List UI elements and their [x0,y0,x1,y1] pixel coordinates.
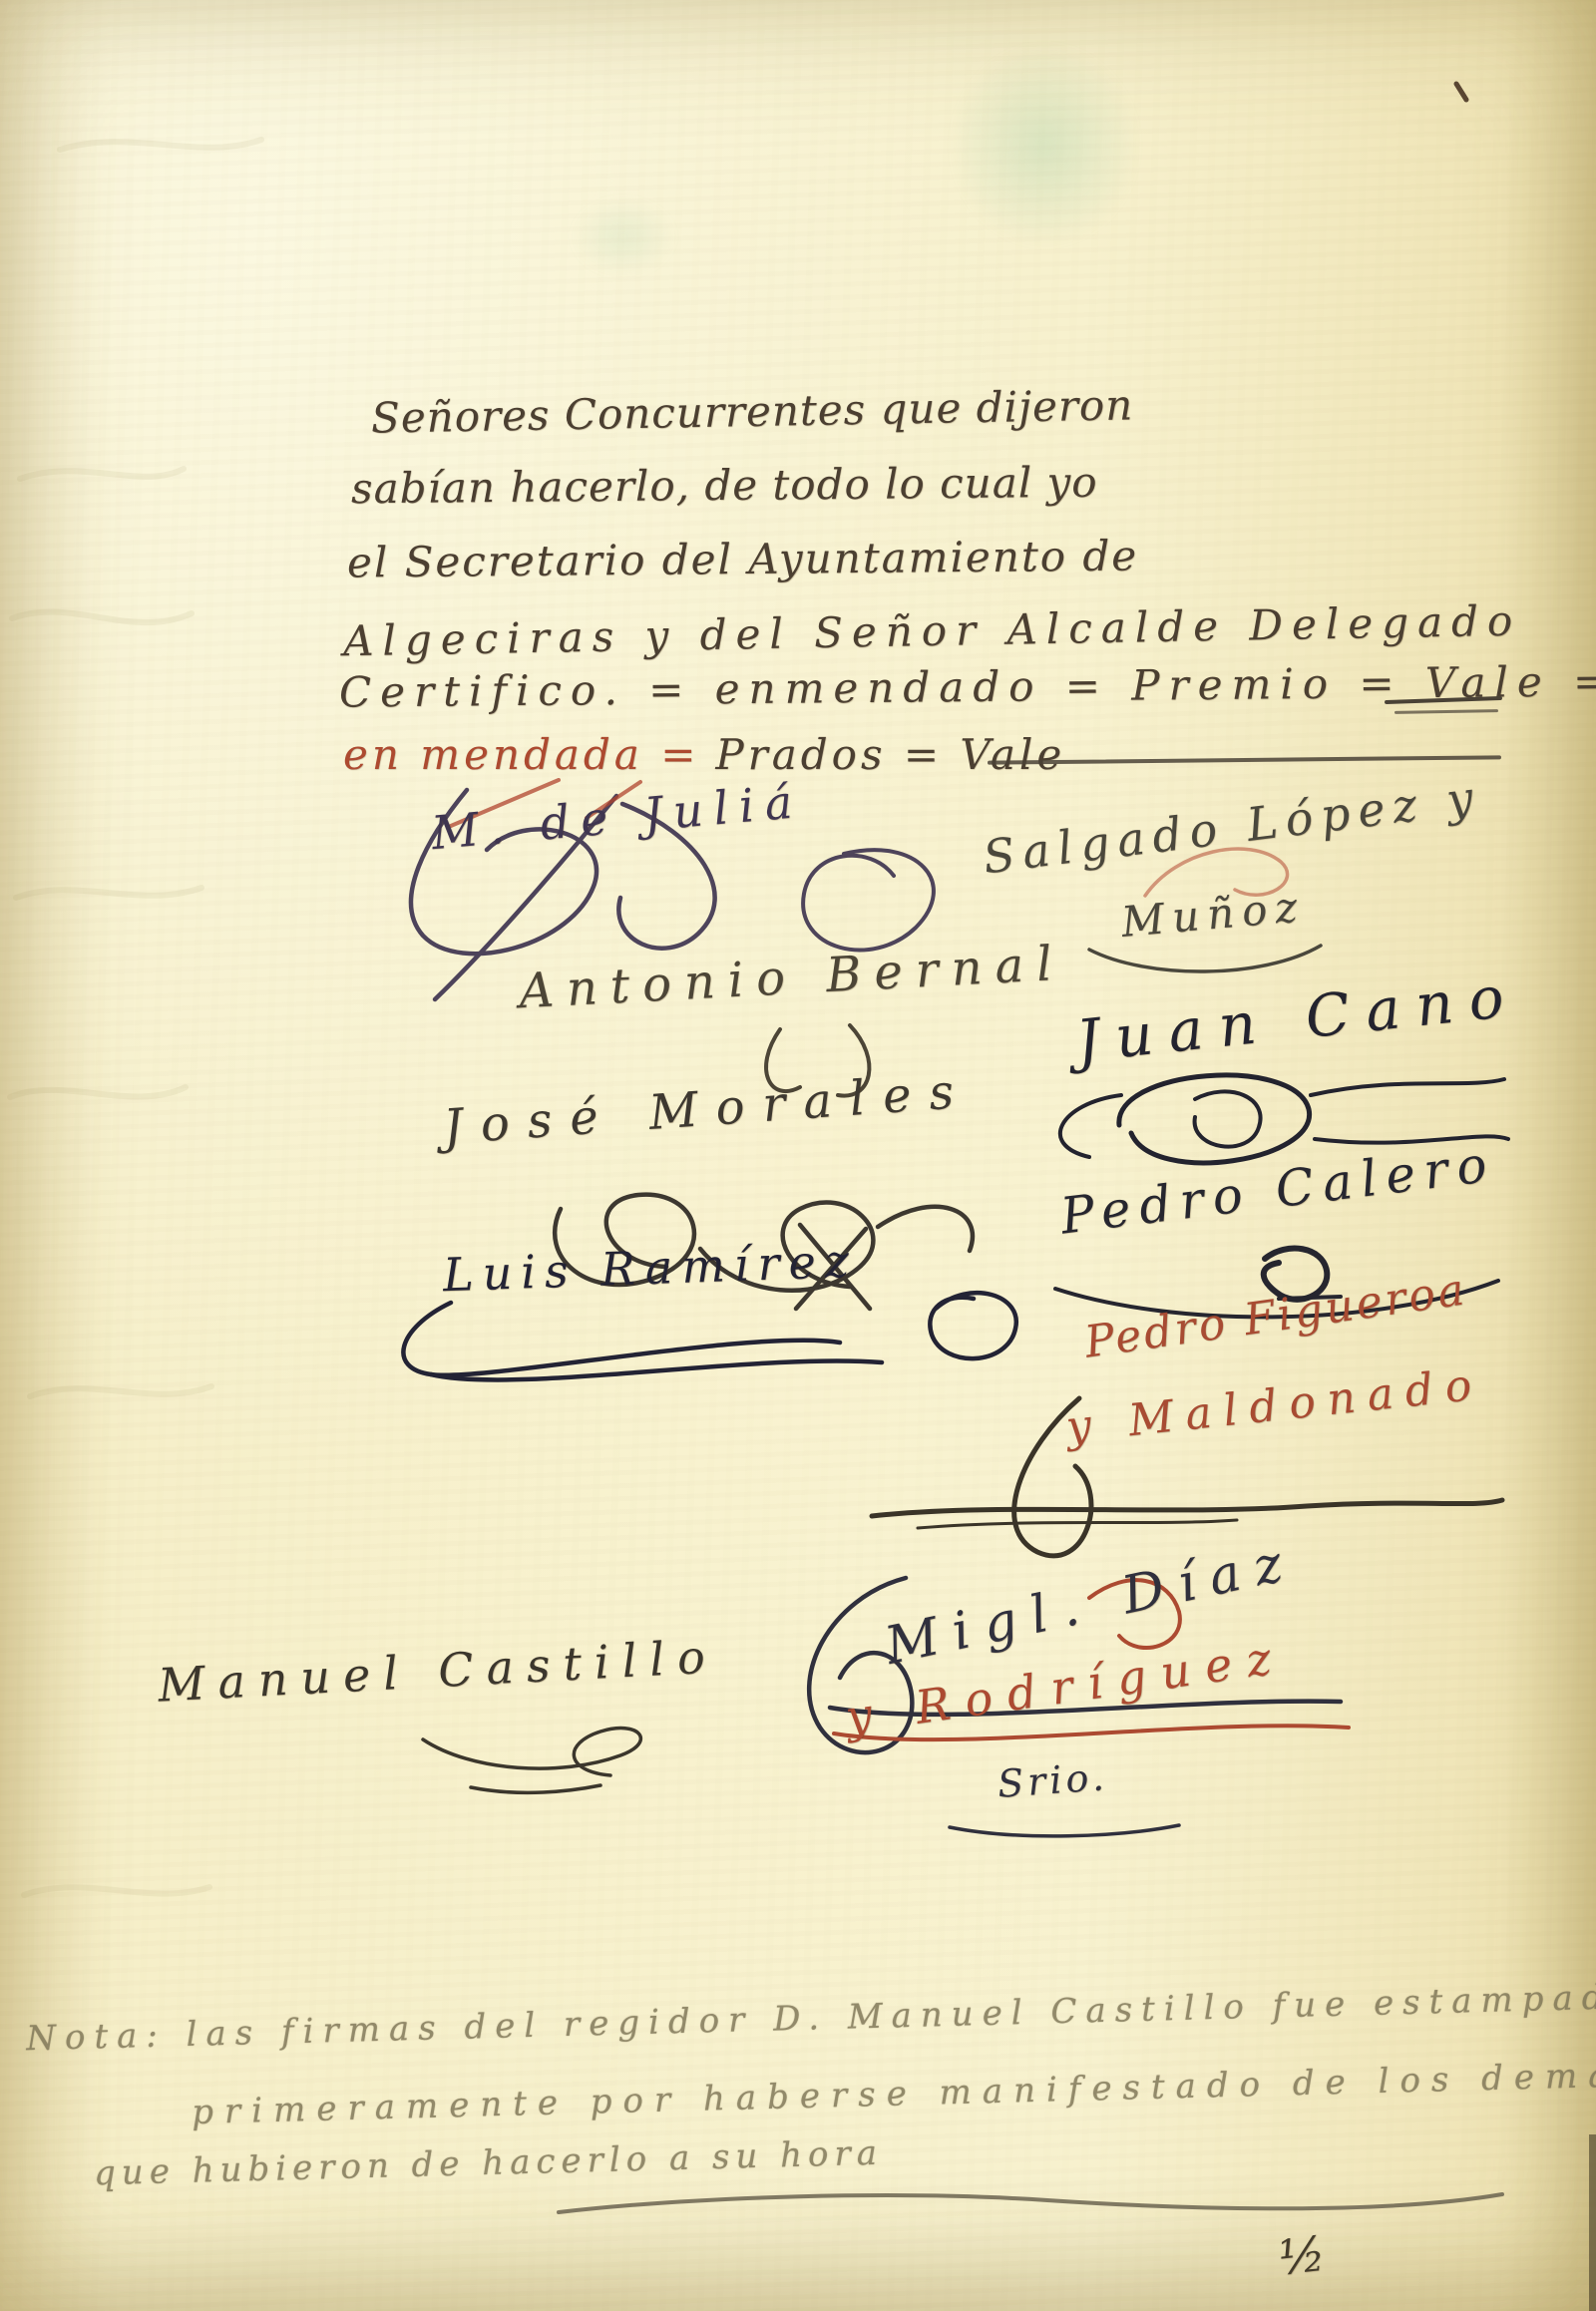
signature-luis-ramirez: Luis Ramírez [442,1238,858,1298]
ink-speck [1456,84,1466,100]
signature-pedro-figueroa-line1: Pedro Figueroa [1082,1268,1470,1364]
folio-mark: ½ [1277,2230,1328,2283]
munoz-underline [1089,946,1321,971]
signature-salgado-lopez: Salgado López y [981,774,1483,881]
green-stain-small [554,185,693,289]
footnote-underline [559,2194,1502,2212]
footnote-line-2: primeramente por haberse manifestado de … [192,2058,1596,2129]
body-line-5: Certifico. = enmendado = Premio = Vale = [339,660,1596,713]
body-line-6-black-segment: Prados = Vale [715,734,1065,776]
footnote-line-3: que hubieron de hacerlo a su hora [94,2136,884,2191]
signature-pedro-figueroa-line2: y Maldonado [1064,1362,1485,1450]
signature-pedro-calero: Pedro Calero [1058,1138,1498,1241]
body-line-2: sabían hacerlo, de todo lo cual yo [351,462,1098,511]
signature-secretary-title: Srio. [997,1757,1109,1803]
castillo-flourish [423,1729,640,1793]
signature-antonio-bernal: Antonio Bernal [518,940,1065,1016]
manuscript-page: Señores Concurrentes que dijeron sabían … [0,0,1596,2311]
ramirez-flourish [403,1293,1015,1379]
ink-dash-line5-b [1395,709,1498,714]
signature-manuel-castillo: Manuel Castillo [157,1633,719,1708]
body-line-1: Señores Concurrentes que dijeron [371,384,1134,439]
body-line-6: en mendada = Prados = Vale [343,734,1065,776]
bleedthrough-ghost-strokes [10,140,261,1895]
body-line-3: el Secretario del Ayuntamiento de [347,536,1138,584]
signature-jose-morales: José Morales [442,1067,973,1152]
signature-m-de-julia: M. de Juliá [430,778,805,856]
body-line-6-red-segment: en mendada = [343,734,699,776]
footnote-line-1: Nota: las firmas del regidor D. Manuel C… [26,1980,1596,2056]
signature-munoz: Muñoz [1120,886,1307,944]
signature-juan-cano: Juan Cano [1073,966,1522,1070]
green-stain [918,8,1172,282]
scanner-edge-shadow [1589,2134,1596,2311]
body-line-4: Algeciras y del Señor Alcalde Delegado [343,600,1522,663]
